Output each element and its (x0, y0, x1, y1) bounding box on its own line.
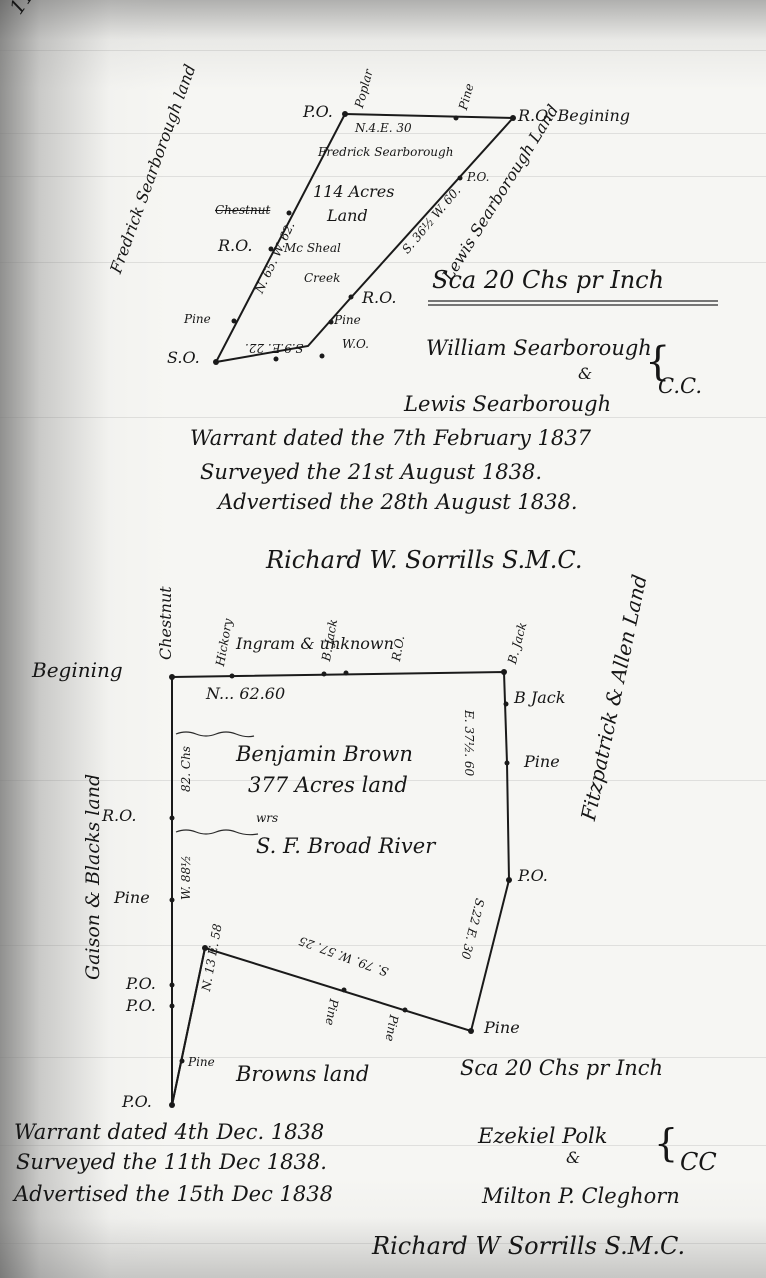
plat-2-west-po-bottom: P.O. (122, 1094, 152, 1110)
plat-2-east-bjack: B Jack (514, 690, 565, 706)
plat-1-west-lower: Pine (184, 313, 211, 325)
plat-2-west-pine: Pine (114, 890, 150, 906)
brace-icon: { (645, 342, 670, 382)
scanned-page: 117 Fredrick Searborough land Poplar Pin… (0, 0, 766, 1278)
plat-2-bearing-north: N... 62.60 (206, 686, 285, 702)
plat-1-se-note: Pine (334, 314, 361, 326)
plat-1-corner-mid-east: P.O. (467, 171, 489, 183)
plat-2-se-pine: Pine (484, 1020, 520, 1036)
plat-2-waters: wrs (256, 812, 278, 824)
plat-1-scale: Sca 20 Chs pr Inch (432, 268, 664, 292)
plat-1-west-upper: Chestnut (215, 204, 270, 216)
plat-2-begining: Begining (32, 660, 123, 680)
plat-1-corner-sw: S.O. (167, 350, 200, 366)
plat-2-scale: Sca 20 Chs pr Inch (460, 1058, 663, 1079)
plat-2-bearing-east-upper: E. 37½. 60 (463, 710, 475, 776)
plat-1-owner-inside: Fredrick Searborough (318, 146, 453, 158)
plat-2-river: S. F. Broad River (256, 836, 435, 857)
plat-1-surveyed: Surveyed the 21st August 1838. (200, 462, 542, 483)
plat-1-bearing-north: N.4.E. 30 (355, 122, 412, 134)
plat-1-corner-se: W.O. (342, 338, 369, 350)
plat-1-bearing-south: S.9.E. 22. (245, 342, 304, 354)
plat-2-acreage: 377 Acres land (248, 775, 408, 796)
plat-1-acreage-unit: Land (327, 208, 368, 224)
plat-2-advertised: Advertised the 15th Dec 1838 (14, 1184, 333, 1205)
plat-2-top-mark-chestnut: Chestnut (158, 586, 174, 660)
plat-1-creek-1: Mc Sheal (284, 242, 341, 254)
plat-2-owner: Benjamin Brown (236, 744, 413, 765)
plat-1-grantee-2: Lewis Searborough (404, 394, 611, 415)
plat-2-bearing-west-upper: 82. Chs (180, 746, 192, 792)
plat-1-creek-2: Creek (304, 272, 340, 284)
plat-1-warrant: Warrant dated the 7th February 1837 (190, 428, 591, 449)
plat-1-grantee-amp: & (578, 366, 592, 382)
plat-2-bearing-west-lower: W. 88½ (180, 855, 192, 900)
plat-2-grantee-amp: & (566, 1150, 580, 1166)
plat-2-grantee-suffix: CC (680, 1150, 717, 1174)
plat-2-east-po: P.O. (518, 868, 548, 884)
plat-2-bottom-land: Browns land (236, 1064, 369, 1085)
plat-2-adjacent-north: Ingram & unknown (236, 636, 394, 652)
plat-2-grantee-2: Milton P. Cleghorn (482, 1186, 680, 1207)
plat-2-west-ro: R.O. (102, 808, 136, 824)
plat-2-boundary (169, 669, 512, 1108)
plat-1-west-mid: R.O. (218, 238, 252, 254)
plat-2-west-po-1: P.O. (126, 976, 156, 992)
plat-1-east-lower: R.O. (362, 290, 396, 306)
plat-2-surveyor: Richard W Sorrills S.M.C. (372, 1234, 685, 1258)
plat-2-surveyed: Surveyed the 11th Dec 1838. (16, 1152, 327, 1173)
plat-1-acreage: 114 Acres (313, 184, 394, 200)
plat-1-grantee-1: William Searborough (426, 338, 652, 359)
plat-1-surveyor: Richard W. Sorrills S.M.C. (266, 548, 583, 572)
plat-2-adjacent-west: Gaison & Blacks land (84, 774, 103, 980)
brace-icon: { (654, 1124, 678, 1162)
plat-2-warrant: Warrant dated 4th Dec. 1838 (14, 1122, 324, 1143)
plat-2-east-pine: Pine (524, 754, 560, 770)
plat-1-corner-nw: P.O. (303, 104, 333, 120)
plat-2-west-pine-low: Pine (188, 1056, 215, 1068)
plat-2-grantee-1: Ezekiel Polk (478, 1126, 607, 1147)
plat-2-west-po-2: P.O. (126, 998, 156, 1014)
plat-1-advertised: Advertised the 28th August 1838. (218, 492, 578, 513)
